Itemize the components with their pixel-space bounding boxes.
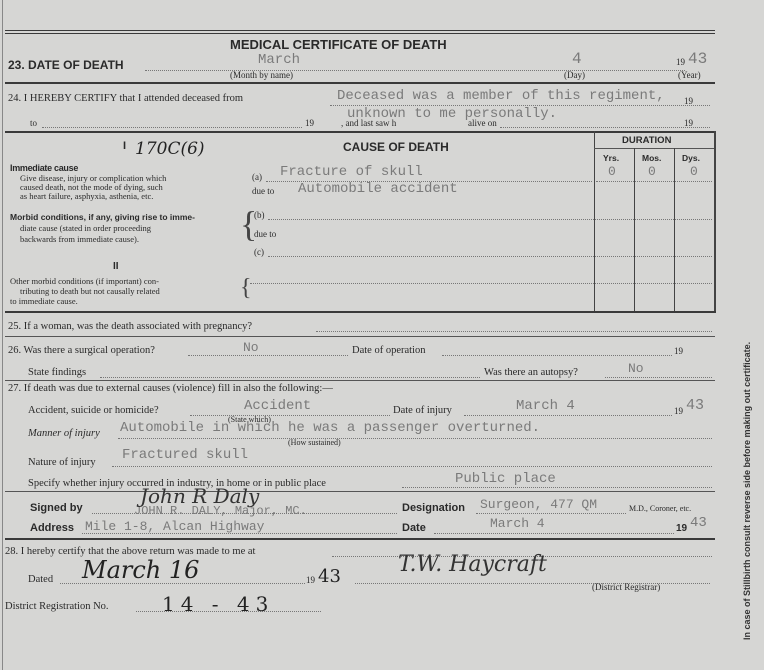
death-certificate-page: MEDICAL CERTIFICATE OF DEATH 23. DATE OF… [0, 0, 764, 670]
rule-27 [5, 491, 715, 492]
designation-line [476, 513, 626, 514]
dated-year-prefix: 19 [306, 575, 315, 585]
physician-signature: John R Daly [140, 484, 259, 508]
death-month: March [258, 52, 300, 68]
signature-date-value: March 4 [490, 516, 545, 531]
signed-by-label: Signed by [30, 502, 83, 514]
top-rule-2 [5, 33, 715, 34]
autopsy-value: No [628, 361, 644, 376]
year-caption: (Year) [678, 70, 701, 80]
roman-two: II [113, 261, 119, 272]
rule-26 [5, 380, 715, 381]
cause-b-label: (b) [254, 210, 265, 220]
attended-dotline-2 [42, 127, 302, 128]
cause-box-top [5, 131, 715, 133]
injury-year-prefix: 19 [674, 406, 683, 416]
injury-place-line [402, 487, 712, 488]
pregnancy-line [316, 331, 712, 332]
other-conditions-desc: Other morbid conditions (if important) c… [10, 276, 160, 306]
registrar-caption: (District Registrar) [592, 582, 660, 592]
other-line: to immediate cause. [10, 296, 160, 306]
dated-label: Dated [28, 574, 53, 585]
operation-year: 19 [674, 346, 683, 356]
alive-year: 19 [684, 118, 693, 128]
other-line: tributing to death but not causally rela… [10, 286, 160, 296]
manner-of-injury-value: Automobile in which he was a passenger o… [120, 420, 540, 436]
operation-date-line [442, 355, 672, 356]
duration-col-2 [674, 148, 675, 311]
manner-of-injury-label: Manner of injury [28, 428, 100, 439]
last-saw-label: , and last saw h [341, 118, 396, 128]
duration-col-mos: Mos. [642, 153, 661, 163]
cause-box-right [714, 131, 716, 313]
signature-date-line [434, 533, 674, 534]
certificate-title: MEDICAL CERTIFICATE OF DEATH [230, 37, 447, 52]
signature-year: 43 [690, 515, 707, 531]
other-bracket: { [240, 276, 252, 300]
registration-no-value: 14 - 43 [162, 592, 274, 616]
day-caption: (Day) [564, 70, 585, 80]
injury-year: 43 [686, 397, 704, 414]
address-label: Address [30, 522, 74, 534]
duration-divider [594, 131, 595, 311]
morbid-conditions-desc: Morbid conditions, if any, giving rise t… [10, 212, 195, 245]
duration-a-line [596, 181, 712, 182]
death-day: 4 [572, 50, 582, 68]
registrar-signature: T.W. Haycraft [398, 552, 547, 577]
cause-c-label: (c) [254, 247, 264, 257]
designation-suffix: M.D., Coroner, etc. [629, 504, 691, 513]
left-border [2, 0, 3, 670]
pregnancy-question: 25. If a woman, was the death associated… [8, 321, 252, 332]
injury-date-label: Date of injury [393, 405, 452, 416]
morbid-line: backwards from immediate cause). [10, 234, 195, 245]
rule-23 [5, 82, 715, 84]
cause-due-to-1-value: Automobile accident [298, 181, 458, 197]
accident-suicide-label: Accident, suicide or homicide? [28, 405, 159, 416]
other-line: Other morbid conditions (if important) c… [10, 276, 160, 286]
manner-line [118, 438, 712, 439]
cause-due-to-1: due to [252, 186, 274, 196]
duration-col-dys: Dys. [682, 153, 700, 163]
alive-on-label: alive on [468, 118, 497, 128]
signature-date-label: Date [402, 522, 426, 534]
signature-year-prefix: 19 [676, 523, 687, 534]
cause-c-line [268, 256, 712, 257]
stillbirth-side-note: In case of Stillbirth consult reverse si… [742, 342, 752, 640]
how-sustained-caption: (How sustained) [288, 438, 341, 447]
cause-b-line [268, 219, 712, 220]
injury-date-value: March 4 [516, 398, 575, 414]
cause-due-to-2: due to [254, 229, 276, 239]
immediate-desc-line: as heart failure, asphyxia, asthenia, et… [20, 192, 166, 201]
morbid-line: Morbid conditions, if any, giving rise t… [10, 212, 195, 223]
cause-code-handwritten: 170C(6) [135, 139, 205, 159]
operation-date-label: Date of operation [352, 345, 425, 356]
autopsy-line [605, 377, 712, 378]
duration-header: DURATION [622, 135, 671, 146]
nature-line [112, 466, 712, 467]
date-of-death-label: 23. DATE OF DEATH [8, 58, 124, 72]
address-value: Mile 1-8, Alcan Highway [85, 519, 264, 534]
nature-of-injury-label: Nature of injury [28, 457, 96, 468]
morbid-line: diate cause (stated in order proceeding [10, 223, 195, 234]
date-of-death-line [145, 70, 685, 71]
autopsy-question: Was there an autopsy? [484, 367, 578, 378]
attended-year-2: 19 [305, 118, 314, 128]
state-findings-label: State findings [28, 367, 86, 378]
rule-25 [5, 336, 715, 337]
dated-year: 43 [318, 566, 341, 587]
designation-label: Designation [402, 502, 465, 514]
duration-dys-value: 0 [690, 164, 698, 179]
attended-to: to [30, 118, 37, 128]
nature-of-injury-value: Fractured skull [122, 447, 248, 463]
attended-line-1: Deceased was a member of this regiment, [337, 88, 665, 104]
registration-no-label: District Registration No. [5, 601, 109, 612]
immediate-cause-title: Immediate cause [10, 163, 78, 173]
month-caption: (Month by name) [230, 70, 293, 80]
immediate-cause-desc: Give disease, injury or complication whi… [20, 174, 166, 201]
accident-line [190, 415, 390, 416]
cause-of-death-header: CAUSE OF DEATH [343, 140, 449, 154]
duration-header-rule [594, 148, 714, 149]
duration-col-1 [634, 148, 635, 311]
findings-line [100, 377, 480, 378]
cause-box-bottom [5, 311, 716, 313]
external-causes-label: 27. If death was due to external causes … [8, 383, 333, 394]
cause-a-value: Fracture of skull [280, 164, 423, 180]
duration-yrs-value: 0 [608, 164, 616, 179]
accident-value: Accident [244, 398, 311, 414]
surgical-operation-value: No [243, 340, 259, 355]
surgical-line [188, 355, 348, 356]
injury-place-value: Public place [455, 471, 556, 487]
duration-col-yrs: Yrs. [603, 153, 619, 163]
cause-a-label: (a) [252, 172, 262, 182]
year-prefix: 19 [676, 57, 685, 67]
other-line-dot [250, 283, 712, 284]
alive-on-line [500, 127, 710, 128]
injury-date-line [464, 415, 672, 416]
certify-attended-label: 24. I HEREBY CERTIFY that I attended dec… [8, 93, 243, 104]
death-year: 43 [688, 50, 707, 68]
roman-one: I [123, 140, 126, 152]
surgical-operation-question: 26. Was there a surgical operation? [8, 345, 155, 356]
designation-value: Surgeon, 477 QM [480, 497, 597, 512]
duration-mos-value: 0 [648, 164, 656, 179]
rule-signature [5, 538, 715, 540]
top-rule [5, 30, 715, 31]
dated-value: March 16 [82, 556, 199, 584]
